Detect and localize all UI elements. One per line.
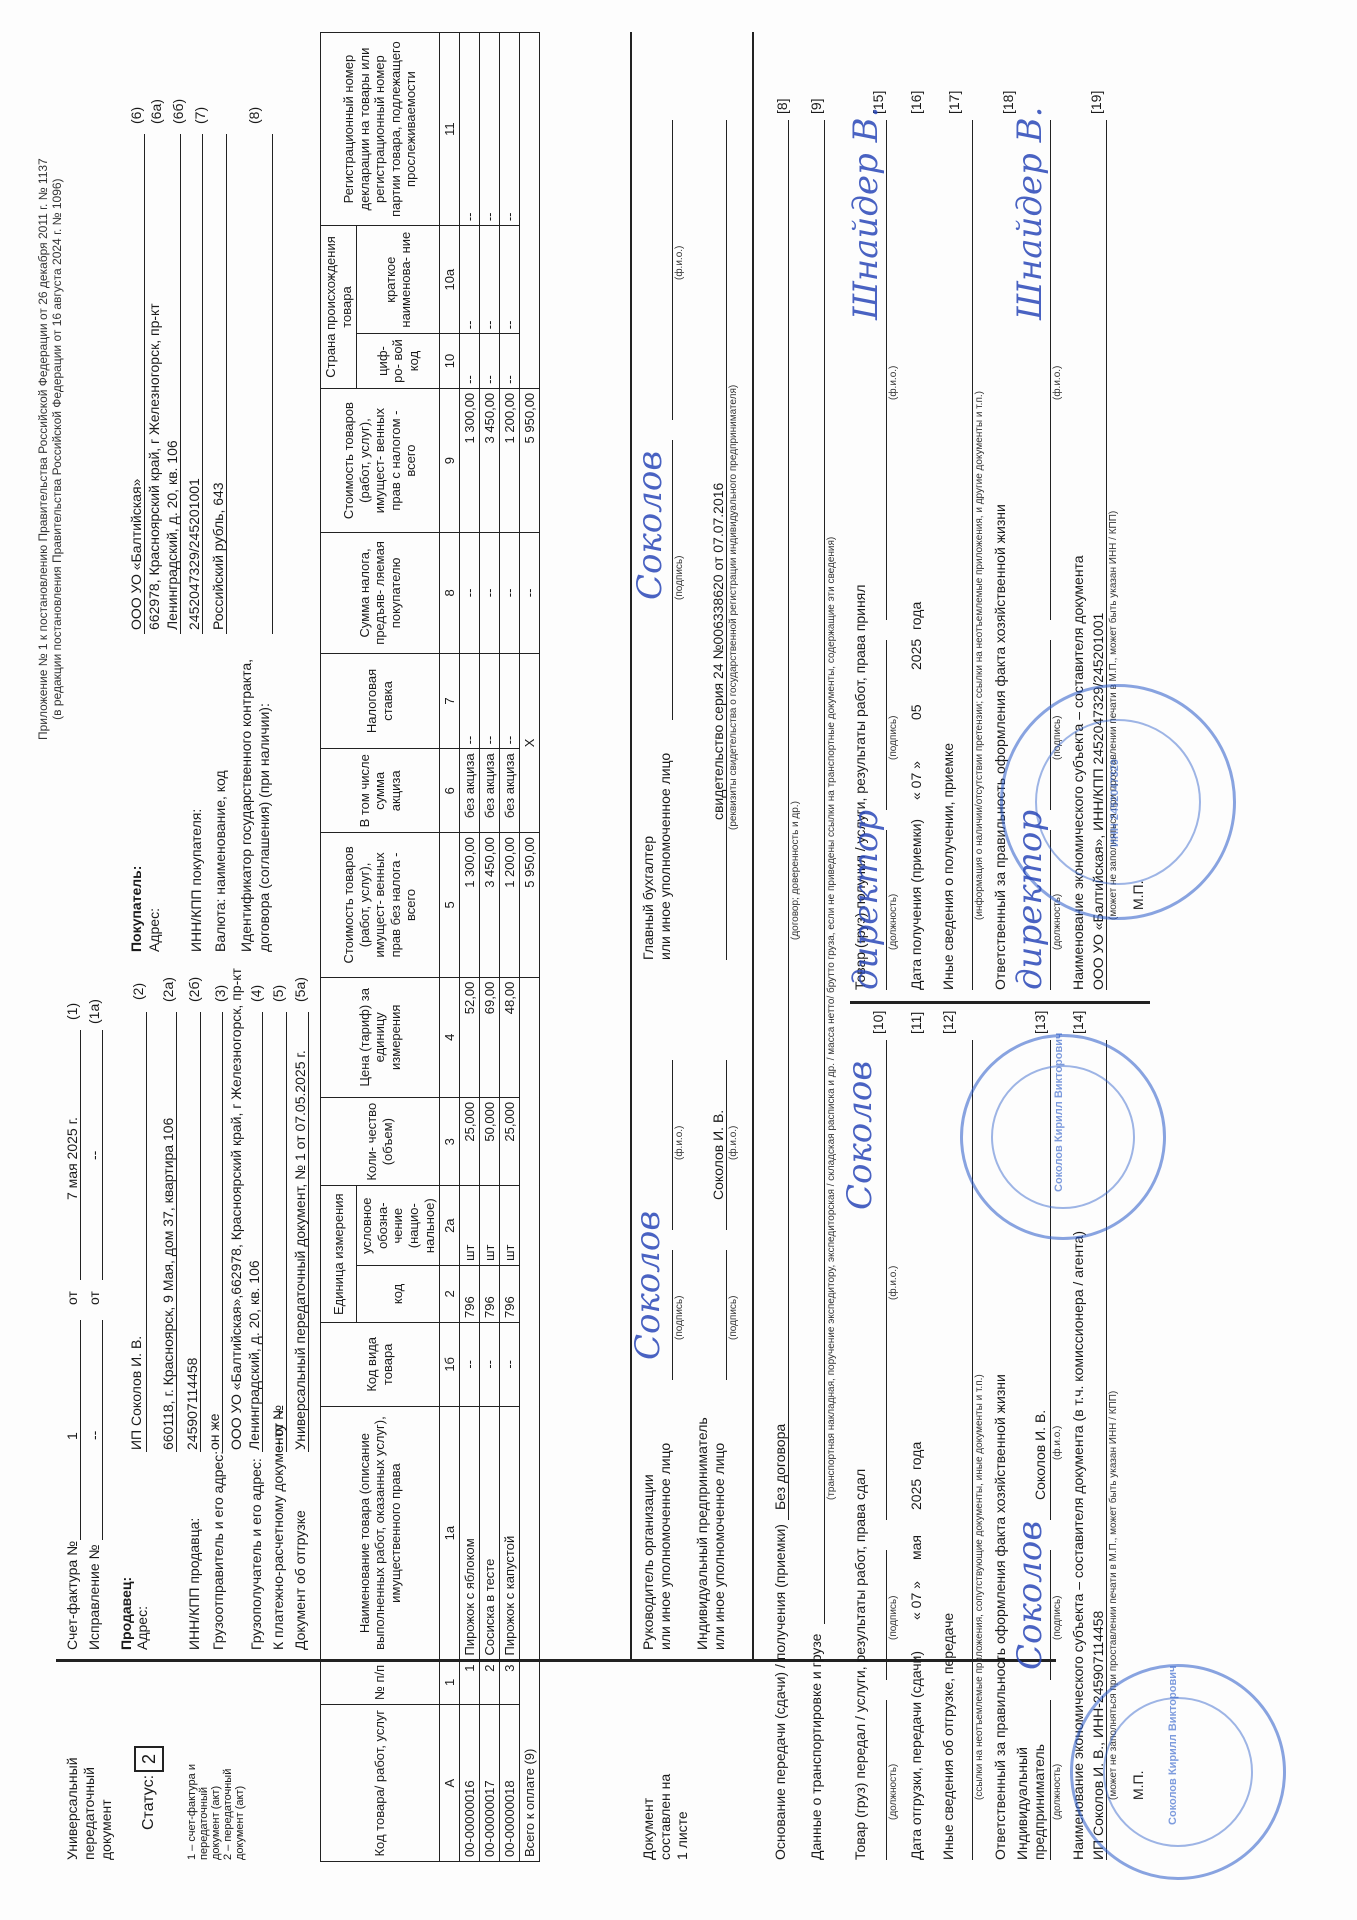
seller-inn-ref: (2б) — [186, 977, 202, 1002]
ship-other-caption: (ссылки на неотъемлемые приложения, сопу… — [974, 1374, 985, 1800]
status-note: 1 – счет-фактура и передаточный документ… — [186, 1764, 246, 1860]
col-num: № п/п — [321, 1660, 440, 1705]
column-number: 2 — [440, 1265, 460, 1322]
accountant-sign-line — [672, 440, 673, 720]
total-label: Всего к оплате (9) — [520, 977, 540, 1861]
buyer-address-l2: Ленинградский, д. 20, кв. 106 — [164, 440, 180, 630]
buyer-inn-ref: (6б) — [170, 99, 186, 124]
handed-sign-caption: (подпись) — [888, 1596, 899, 1640]
col-cost-with-tax: Стоимость товаров (работ, услуг), имущес… — [321, 388, 440, 532]
upd-document-sheet: Приложение № 1 к постановлению Правитель… — [0, 0, 1357, 1920]
total-excise: X — [520, 653, 540, 833]
sides-divider — [850, 1001, 1150, 1004]
invoice-date-label: от — [64, 1291, 80, 1305]
cell-reg-number: -- — [480, 33, 500, 226]
cell-kind-code: -- — [480, 1322, 500, 1406]
receive-entity-ref: [19] — [1088, 91, 1104, 114]
head-fio-caption: (ф.и.о.) — [674, 1126, 685, 1160]
head-fio-line — [672, 1060, 673, 1230]
appendix-note: Приложение № 1 к постановлению Правитель… — [36, 158, 64, 740]
col-qty: Коли- чество (объем) — [321, 1097, 440, 1186]
shipper-ref: (3) — [212, 985, 228, 1002]
received-sign-line — [886, 640, 887, 810]
doc-type-l3: документ — [98, 1757, 115, 1860]
consignee-l1: ООО УО «Балтийская»,662978, Красноярский… — [228, 968, 244, 1450]
seller-address-label: Адрес: — [134, 1606, 150, 1650]
cell-tax-rate: -- — [500, 653, 520, 749]
buyer-name-line — [144, 134, 145, 634]
buyer-address-ref: (6а) — [148, 99, 164, 124]
cell-num: 3 — [500, 1660, 520, 1705]
col-name: Наименование товара (описание выполненны… — [321, 1406, 440, 1660]
receive-date-year: 2025 — [908, 639, 924, 670]
invoice-date: 7 мая 2025 г. — [64, 1117, 80, 1200]
col-reg-number: Регистрационный номер декларации на това… — [321, 33, 440, 226]
invoice-date-line — [80, 1030, 81, 1280]
cell-qty: 50,000 — [480, 1097, 500, 1186]
currency-value: Российский рубль, 643 — [210, 482, 226, 630]
doc-pages-l3: 1 листе — [674, 1774, 691, 1860]
cell-excise: без акциза — [480, 749, 500, 833]
payment-doc-ref: (5) — [270, 985, 286, 1002]
buyer-ref: (6) — [128, 107, 144, 124]
column-number: 11 — [440, 33, 460, 226]
cell-cost-no-tax: 1 200,00 — [500, 833, 520, 977]
receiver-position-handwritten: директор — [846, 810, 886, 990]
seller-stamp: Соколов Кирилл Викторович — [1070, 1664, 1286, 1880]
ship-date-month: мая — [908, 1535, 924, 1560]
accountant-fio-line — [672, 120, 673, 420]
status-value: 2 — [134, 1746, 164, 1772]
consignee-label: Грузополучатель и его адрес: — [248, 1458, 264, 1650]
head-label-l1: Руководитель организации — [640, 1443, 657, 1650]
seller-address-line — [176, 1012, 177, 1452]
received-fio-line — [886, 120, 887, 620]
cell-tax-sum: -- — [480, 533, 500, 653]
receive-other-ref: [17] — [946, 91, 962, 114]
cell-excise: без акциза — [460, 749, 480, 833]
col-excise: В том числе сумма акциза — [321, 749, 440, 833]
cell-country-code: -- — [460, 334, 480, 389]
handed-signature: Соколов — [840, 1061, 880, 1210]
cell-price: 52,00 — [460, 977, 480, 1097]
contract-id-label-l2: договора (соглашения) (при наличии): — [256, 703, 272, 952]
head-label: Руководитель организации или иное уполно… — [640, 1443, 674, 1650]
col-tax-rate: Налоговая ставка — [321, 653, 440, 749]
cell-kind-code: -- — [500, 1322, 520, 1406]
shipper-line — [222, 1012, 223, 1452]
payment-doc: -- от -- — [270, 1410, 286, 1450]
seller-inn: 245907114458 — [184, 1358, 200, 1450]
transport-label: Данные о транспортировке и грузе — [808, 1634, 824, 1860]
ship-entity-ref: [14] — [1070, 1011, 1086, 1034]
seller-ref: (2) — [130, 983, 146, 1000]
status-label: Статус: — [140, 1775, 158, 1830]
cell-unit-code: 796 — [500, 1265, 520, 1322]
ship-responsible-position-line — [1050, 1700, 1051, 1860]
accountant-signature: Соколов — [630, 451, 670, 600]
receive-date-day: « 07 » — [908, 761, 924, 800]
receive-other-line — [972, 120, 973, 990]
ship-date-ref: [11] — [908, 1012, 924, 1034]
total-blank — [520, 33, 540, 389]
total-cost-with-tax: 5 950,00 — [520, 388, 540, 532]
col-kind-code: Код вида товара — [321, 1322, 440, 1406]
accountant-sign-caption: (подпись) — [674, 556, 685, 600]
currency-label: Валюта: наименование, код — [212, 770, 228, 952]
head-sign-caption: (подпись) — [674, 1296, 685, 1340]
received-position-line — [886, 830, 887, 990]
certificate-line — [726, 120, 727, 960]
ip-name: Соколов И. В. — [710, 1110, 726, 1200]
status-note-l3: документ (акт) — [210, 1764, 222, 1860]
column-number: 5 — [440, 833, 460, 977]
cell-qty: 25,000 — [460, 1097, 480, 1186]
col-country-group: Страна происхождения товара — [321, 226, 357, 389]
basis-caption: (договор; доверенность и др.) — [790, 801, 801, 940]
table-row: 00-000000183Пирожок с капустой--796шт25,… — [500, 33, 520, 1862]
doc-pages-l1: Документ — [640, 1774, 657, 1860]
receiver-signature: Шнайдер В. — [846, 107, 886, 320]
accountant-l1: Главный бухгалтер — [640, 753, 657, 960]
correction-label: Исправление № — [86, 1544, 102, 1650]
seller-stamp-2: Соколов Кирилл Викторович — [960, 1034, 1166, 1240]
ip-fio-line — [726, 1060, 727, 1230]
doc-pages-l2: составлен на — [657, 1774, 674, 1860]
col-code: Код товара/ работ, услуг — [321, 1705, 440, 1862]
seller-address-ref: (2а) — [160, 977, 176, 1002]
doc-type-title: Универсальный передаточный документ — [64, 1757, 115, 1860]
contract-id-label-l1: Идентификатор государственного контракта… — [238, 659, 254, 952]
cell-unit-name: шт — [460, 1186, 480, 1265]
shipper-label: Грузоотправитель и его адрес: — [210, 1451, 226, 1650]
cell-kind-code: -- — [460, 1322, 480, 1406]
receive-other-label: Иные сведения о получении, приемке — [940, 743, 956, 990]
total-tax-sum: -- — [520, 533, 540, 653]
transport-line — [824, 120, 825, 1624]
handed-label: Товар (груз) передал / услуги, результат… — [852, 1469, 868, 1860]
buyer-stamp-center: ИНН 2452047329 — [1109, 759, 1121, 847]
seller-address: 660118, г. Красноярск, 9 Мая, дом 37, кв… — [160, 1118, 176, 1450]
receive-responsible-label: Ответственный за правильность оформления… — [992, 504, 1008, 990]
table-row: 00-000000161Пирожок с яблоком--796шт25,0… — [460, 33, 480, 1862]
transport-caption: (транспортная накладная, поручение экспе… — [826, 537, 837, 1500]
ship-date-year: 2025 — [908, 1479, 924, 1510]
correction-date: -- — [86, 1151, 102, 1160]
accountant-label: Главный бухгалтер или иное уполномоченно… — [640, 753, 674, 960]
buyer-inn-line — [202, 134, 203, 634]
cell-tax-sum: -- — [500, 533, 520, 653]
receive-responsible-signature: Шнайдер В. — [1010, 107, 1050, 320]
seller-name-line — [146, 1012, 147, 1452]
cell-num: 2 — [480, 1660, 500, 1705]
col-country-name: краткое наименова- ние — [357, 226, 440, 334]
cell-country-code: -- — [480, 334, 500, 389]
ip-sign-caption: (подпись) — [728, 1296, 739, 1340]
doc-type-l2: передаточный — [81, 1757, 98, 1860]
responsible-seller-signature: Соколов — [1010, 1521, 1050, 1670]
cell-cost-with-tax: 1 300,00 — [460, 388, 480, 532]
cell-unit-code: 796 — [460, 1265, 480, 1322]
payment-doc-line — [286, 1012, 287, 1452]
buyer-address-l1: 662978, Красноярский край, г Железногорс… — [146, 303, 162, 630]
column-number: 9 — [440, 388, 460, 532]
cell-cost-no-tax: 1 300,00 — [460, 833, 480, 977]
cell-reg-number: -- — [500, 33, 520, 226]
ship-date-day: « 07 » — [908, 1581, 924, 1620]
accountant-fio-caption: (ф.и.о.) — [674, 246, 685, 280]
col-unit-code: код — [357, 1265, 440, 1322]
transport-ref: [9] — [808, 98, 824, 114]
cell-tax-rate: -- — [480, 653, 500, 749]
seller-stamp-2-center: Соколов Кирилл Викторович — [1053, 1033, 1065, 1192]
invoice-ref-1: (1) — [64, 1003, 80, 1020]
basis-line — [788, 120, 789, 1520]
items-body: 00-000000161Пирожок с яблоком--796шт25,0… — [460, 33, 520, 1862]
column-number: 10 — [440, 334, 460, 389]
column-number: 10а — [440, 226, 460, 334]
status-note-l2: передаточный — [198, 1764, 210, 1860]
cell-name: Пирожок с яблоком — [460, 1406, 480, 1660]
ship-responsible-position-l2: предприниматель — [1031, 1744, 1048, 1860]
cell-code: 00-00000018 — [500, 1705, 520, 1862]
correction-date-line — [102, 1030, 103, 1280]
seller-inn-line — [200, 1012, 201, 1452]
cell-country-name: -- — [460, 226, 480, 334]
ship-responsible-name: Соколов И. В. — [1032, 1410, 1048, 1500]
cell-excise: без акциза — [500, 749, 520, 833]
ship-responsible-sign-line — [1050, 1550, 1051, 1680]
head-sign-line — [672, 1250, 673, 1380]
appendix-line-1: Приложение № 1 к постановлению Правитель… — [36, 158, 50, 740]
invoice-number-line — [80, 1320, 81, 1540]
ship-responsible-position-l1: Индивидуальный — [1014, 1744, 1031, 1860]
column-number: 3 — [440, 1097, 460, 1186]
certificate-caption: (реквизиты свидетельства о государственн… — [728, 385, 739, 830]
ip-label-l1: Индивидуальный предприниматель — [694, 1417, 711, 1650]
currency-line — [226, 134, 227, 634]
column-number: 1 — [440, 1660, 460, 1705]
col-tax-sum: Сумма налога, предъяв- ляемая покупателю — [321, 533, 440, 653]
column-number: 7 — [440, 653, 460, 749]
currency-ref: (7) — [192, 107, 208, 124]
ship-other-label: Иные сведения об отгрузке, передаче — [940, 1613, 956, 1860]
cell-cost-with-tax: 3 450,00 — [480, 388, 500, 532]
col-unit-name: условное обозна- чение (нацио- нальное) — [357, 1186, 440, 1265]
shipment-doc-label: Документ об отгрузке — [292, 1510, 308, 1650]
cell-country-name: -- — [500, 226, 520, 334]
accountant-l2: или иное уполномоченное лицо — [657, 753, 674, 960]
cell-num: 1 — [460, 1660, 480, 1705]
cell-reg-number: -- — [460, 33, 480, 226]
column-number: 6 — [440, 749, 460, 833]
column-number: 4 — [440, 977, 460, 1097]
consignee-ref: (4) — [248, 985, 264, 1002]
status-note-l5: документ (акт) — [234, 1764, 246, 1860]
received-fio-caption: (ф.и.о.) — [888, 366, 899, 400]
receive-date-label: Дата получения (приемки) — [908, 819, 924, 990]
receive-responsible-fio-caption: (ф.и.о.) — [1052, 366, 1063, 400]
ship-responsible-sign-caption: (подпись) — [1052, 1596, 1063, 1640]
shipment-doc: Универсальный передаточный документ, № 1… — [292, 1050, 308, 1450]
cell-country-name: -- — [480, 226, 500, 334]
col-price: Цена (тариф) за единицу измерения — [321, 977, 440, 1097]
items-table: Код товара/ работ, услуг № п/п Наименова… — [320, 32, 540, 1862]
basis-label: Основание передачи (сдачи) / получения (… — [772, 1524, 788, 1860]
doc-pages: Документ составлен на 1 листе — [640, 1774, 691, 1860]
status-note-l1: 1 – счет-фактура и — [186, 1764, 198, 1860]
buyer-address-label: Адрес: — [146, 908, 162, 952]
seller-inn-label: ИНН/КПП продавца: — [186, 1518, 202, 1650]
col-country-code: циф- ро- вой код — [357, 334, 440, 389]
column-number: 8 — [440, 533, 460, 653]
ip-certificate: свидетельство серия 24 №006338620 от 07.… — [710, 483, 726, 820]
seller-name: ИП Соколов И. В. — [128, 1336, 144, 1450]
column-number: 1б — [440, 1322, 460, 1406]
contract-id-ref: (8) — [246, 107, 262, 124]
consignee-line — [262, 1012, 263, 1452]
receive-responsible-fio-line — [1050, 120, 1051, 620]
ship-date-suffix: года — [908, 1442, 924, 1470]
doc-type-l1: Универсальный — [64, 1757, 81, 1860]
ship-responsible-ref: [13] — [1032, 1011, 1048, 1034]
cell-country-code: -- — [500, 334, 520, 389]
shipper-value: он же — [206, 1413, 222, 1450]
ship-other-ref: [12] — [940, 1011, 956, 1034]
buyer-title: Покупатель: — [128, 866, 144, 952]
shipment-doc-line — [308, 1012, 309, 1452]
seller-stamp-center: Соколов Кирилл Викторович — [1167, 1666, 1179, 1825]
receive-date-ref: [16] — [908, 91, 924, 114]
signature-top-divider — [630, 32, 632, 1662]
ship-responsible-fio-caption: (ф.и.о.) — [1052, 1426, 1063, 1460]
ship-responsible-label: Ответственный за правильность оформления… — [992, 1374, 1008, 1860]
col-cost-no-tax: Стоимость товаров (работ, услуг), имущес… — [321, 833, 440, 977]
total-cost-no-tax: 5 950,00 — [520, 833, 540, 977]
cell-tax-rate: -- — [460, 653, 480, 749]
buyer-address-line — [180, 134, 181, 634]
contract-id-line — [272, 134, 273, 634]
table-row: 00-000000172Сосиска в тесте--796шт50,000… — [480, 33, 500, 1862]
cell-cost-no-tax: 3 450,00 — [480, 833, 500, 977]
ship-responsible-position: Индивидуальный предприниматель — [1014, 1744, 1048, 1860]
head-label-l2: или иное уполномоченное лицо — [657, 1443, 674, 1650]
cell-price: 48,00 — [500, 977, 520, 1097]
consignee-l2: Ленинградский, д. 20, кв. 106 — [246, 1260, 262, 1450]
cell-code: 00-00000017 — [480, 1705, 500, 1862]
cell-cost-with-tax: 1 200,00 — [500, 388, 520, 532]
shipment-doc-ref: (5а) — [292, 977, 308, 1002]
cell-code: 00-00000016 — [460, 1705, 480, 1862]
column-number: А — [440, 1705, 460, 1862]
appendix-line-2: (в редакции постановления Правительства … — [50, 158, 64, 740]
total-row: Всего к оплате (9) 5 950,00 X -- 5 950,0… — [520, 33, 540, 1862]
cell-price: 69,00 — [480, 977, 500, 1097]
buyer-inn: 2452047329/245201001 — [186, 478, 202, 630]
correction-ref: (1а) — [86, 999, 102, 1024]
basis-value: Без договора — [772, 1424, 788, 1510]
receive-other-caption: (информация о наличии/отсутствии претенз… — [974, 391, 985, 920]
buyer-inn-label: ИНН/КПП покупателя: — [188, 809, 204, 952]
received-sign-caption: (подпись) — [888, 716, 899, 760]
buyer-name: ООО УО «Балтийская» — [128, 479, 144, 630]
ship-responsible-position-caption: (должность) — [1052, 1764, 1063, 1820]
receive-date-month: 05 — [908, 704, 924, 720]
correction-date-label: от — [86, 1291, 102, 1305]
handed-position-caption: (должность) — [888, 1764, 899, 1820]
column-number: 2а — [440, 1186, 460, 1265]
correction-number: -- — [86, 1431, 102, 1440]
column-numbers-row: А11а1б22а34567891010а11 — [440, 33, 460, 1862]
handed-sign-line — [886, 1550, 887, 1680]
basis-ref: [8] — [774, 98, 790, 114]
column-number: 1а — [440, 1406, 460, 1660]
cell-name: Сосиска в тесте — [480, 1406, 500, 1660]
cell-qty: 25,000 — [500, 1097, 520, 1186]
handed-fio-line — [886, 1040, 887, 1520]
handed-fio-caption: (ф.и.о.) — [888, 1266, 899, 1300]
total-label-text: Всего к оплате (9) — [522, 1749, 537, 1857]
status-note-l4: 2 – передаточный — [222, 1764, 234, 1860]
cell-unit-name: шт — [500, 1186, 520, 1265]
col-unit-group: Единица измерения — [321, 1186, 357, 1322]
seller-head-signature: Соколов — [628, 1211, 668, 1360]
receive-responsible-position-handwritten: директор — [1010, 810, 1050, 990]
handed-ref: [10] — [870, 1011, 886, 1034]
handed-position-line — [886, 1700, 887, 1860]
received-position-caption: (должность) — [888, 894, 899, 950]
signature-bottom-divider — [752, 32, 754, 1662]
cell-name: Пирожок с капустой — [500, 1406, 520, 1660]
ip-fio-caption: (ф.и.о.) — [728, 1126, 739, 1160]
receive-date-suffix: года — [908, 602, 924, 630]
correction-number-line — [102, 1320, 103, 1540]
left-block-divider — [56, 1659, 1056, 1662]
invoice-number: 1 — [64, 1432, 80, 1440]
ship-date-label: Дата отгрузки, передачи (сдачи) — [908, 1651, 924, 1860]
cell-tax-sum: -- — [460, 533, 480, 653]
ip-label: Индивидуальный предприниматель или иное … — [694, 1417, 728, 1650]
cell-unit-code: 796 — [480, 1265, 500, 1322]
invoice-number-label: Счет-фактура № — [64, 1541, 80, 1650]
ip-sign-line — [726, 1250, 727, 1380]
cell-unit-name: шт — [480, 1186, 500, 1265]
ip-label-l2: или иное уполномоченное лицо — [711, 1417, 728, 1650]
seller-title: Продавец: — [118, 1577, 134, 1650]
